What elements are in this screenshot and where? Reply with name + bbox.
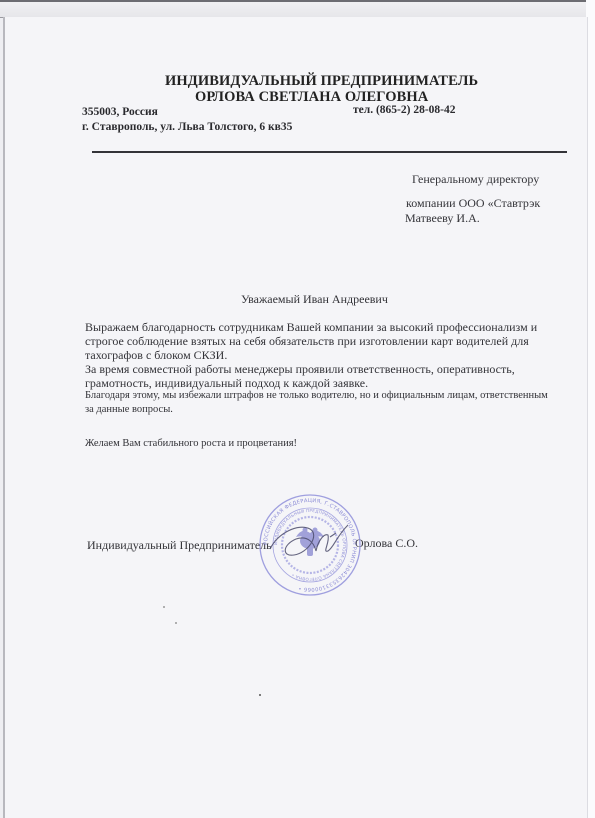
- letter-page: [3, 17, 588, 818]
- scanner-edge: [0, 0, 595, 2]
- letterhead-address: г. Ставрополь, ул. Льва Толстого, 6 кв35: [82, 121, 292, 133]
- stamp-seal-icon: РОССИЙСКАЯ ФЕДЕРАЦИЯ, Г.СТАВРОПОЛЬ ОГРНИ…: [258, 493, 362, 597]
- paragraph-1-line-2: строгое соблюдение взятых на себя обязат…: [85, 334, 529, 348]
- recipient-name: Матвееву И.А.: [405, 211, 480, 225]
- signature-position: Индивидуальный Предприниматель: [87, 538, 272, 552]
- salutation: Уважаемый Иван Андреевич: [241, 292, 388, 306]
- letterhead-postal: 355003, Россия: [82, 106, 158, 118]
- recipient-company: компании ООО «Ставтрэк: [406, 196, 540, 210]
- letterhead-title: ИНДИВИДУАЛЬНЫЙ ПРЕДПРИНИМАТЕЛЬ: [165, 73, 478, 90]
- scan-speck: [175, 622, 177, 624]
- official-stamp: РОССИЙСКАЯ ФЕДЕРАЦИЯ, Г.СТАВРОПОЛЬ ОГРНИ…: [258, 493, 362, 597]
- paragraph-3-line-1: Благодаря этому, мы избежали штрафов не …: [85, 389, 548, 403]
- paragraph-2-line-1: За время совместной работы менеджеры про…: [85, 362, 515, 376]
- paragraph-1-line-3: тахографов с блоком СКЗИ.: [85, 348, 227, 362]
- scan-speck: [163, 606, 165, 608]
- scan-speck: [259, 694, 261, 696]
- recipient-title: Генеральному директору: [412, 172, 539, 186]
- closing-wish: Желаем Вам стабильного роста и процветан…: [85, 437, 297, 451]
- letterhead-divider: [92, 151, 567, 153]
- paragraph-3-line-2: за данные вопросы.: [85, 403, 173, 417]
- signature-name: Орлова С.О.: [355, 536, 418, 550]
- paragraph-2-line-2: грамотность, индивидуальный подход к каж…: [85, 376, 368, 390]
- paragraph-1-line-1: Выражаем благодарность сотрудникам Вашей…: [85, 320, 537, 334]
- scanner-top-margin: [0, 0, 595, 18]
- letterhead-phone: тел. (865-2) 28-08-42: [353, 104, 455, 116]
